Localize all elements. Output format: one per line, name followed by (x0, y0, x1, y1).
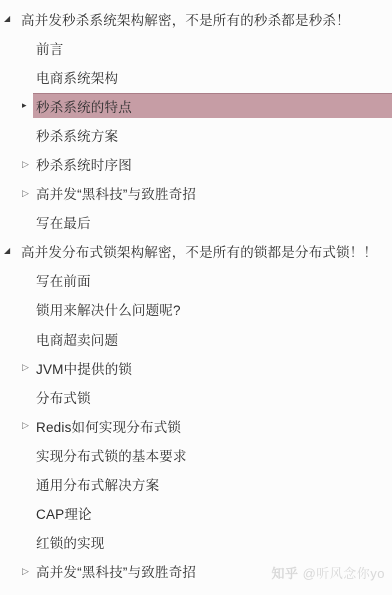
outline-item-label: 电商系统架构 (36, 67, 118, 87)
bookmarks-panel: ◢高并发秒杀系统架构解密，不是所有的秒杀都是秒杀！前言电商系统架构▸秒杀系统的特… (0, 0, 392, 595)
outline-item[interactable]: 写在前面 (0, 266, 392, 295)
outline-item-body: Redis如何实现分布式锁 (33, 413, 392, 438)
outline-item-label: 锁用来解决什么问题呢? (36, 299, 181, 319)
outline-item-label: 高并发分布式锁架构解密，不是所有的锁都是分布式锁！！ (21, 241, 377, 261)
outline-item[interactable]: ▸秒杀系统的特点 (0, 91, 392, 120)
outline-item[interactable]: ◢高并发分布式锁架构解密，不是所有的锁都是分布式锁！！ (0, 237, 392, 266)
watermark-brand: 知乎 (272, 566, 299, 581)
outline-item-label: 实现分布式锁的基本要求 (36, 445, 187, 465)
outline-item-label: 写在最后 (36, 212, 91, 232)
outline-item-label: 高并发“黑科技”与致胜奇招 (36, 561, 196, 581)
outline-item-body: 高并发秒杀系统架构解密，不是所有的秒杀都是秒杀！ (18, 6, 392, 31)
outline-item-label: 秒杀系统的特点 (36, 96, 132, 116)
outline-item-label: 写在前面 (36, 270, 91, 290)
outline-item[interactable]: ▷JVM中提供的锁 (0, 353, 392, 382)
expand-icon[interactable]: ▷ (22, 363, 33, 372)
outline-item-label: 高并发“黑科技”与致胜奇招 (36, 183, 196, 203)
outline-item-label: 分布式锁 (36, 387, 91, 407)
expand-icon[interactable]: ▷ (22, 160, 33, 169)
outline-item-body: 写在前面 (33, 268, 392, 293)
outline-item-highlight: 秒杀系统的特点 (33, 93, 392, 118)
outline-item-label: 秒杀系统方案 (36, 125, 118, 145)
outline-item[interactable]: CAP理论 (0, 499, 392, 528)
outline-item-label: JVM中提供的锁 (36, 358, 132, 378)
collapse-icon[interactable]: ◢ (4, 247, 18, 255)
outline-item[interactable]: 分布式锁 (0, 382, 392, 411)
outline-item-label: 通用分布式解决方案 (36, 474, 159, 494)
outline-item-body: 锁用来解决什么问题呢? (33, 297, 392, 322)
outline-item[interactable]: 电商超卖问题 (0, 324, 392, 353)
expand-icon[interactable]: ▷ (22, 567, 33, 576)
outline-item-body: 红锁的实现 (33, 530, 392, 555)
outline-item-label: 电商超卖问题 (36, 329, 118, 349)
watermark: 知乎@听风念你yo (272, 563, 385, 582)
outline-item[interactable]: ▷秒杀系统时序图 (0, 149, 392, 178)
outline-tree: ◢高并发秒杀系统架构解密，不是所有的秒杀都是秒杀！前言电商系统架构▸秒杀系统的特… (0, 0, 392, 586)
outline-item[interactable]: 通用分布式解决方案 (0, 470, 392, 499)
outline-item-label: 高并发秒杀系统架构解密，不是所有的秒杀都是秒杀！ (21, 9, 350, 29)
outline-item-body: 秒杀系统时序图 (33, 152, 392, 177)
outline-item-body: CAP理论 (33, 501, 392, 526)
outline-item[interactable]: ▷Redis如何实现分布式锁 (0, 411, 392, 440)
outline-item-body: 电商系统架构 (33, 64, 392, 89)
outline-item-label: Redis如何实现分布式锁 (36, 416, 181, 436)
outline-item-body: JVM中提供的锁 (33, 355, 392, 380)
outline-item-body: 高并发分布式锁架构解密，不是所有的锁都是分布式锁！！ (18, 239, 392, 264)
expand-icon[interactable]: ▸ (22, 101, 33, 110)
collapse-icon[interactable]: ◢ (4, 15, 18, 23)
watermark-handle: @听风念你yo (303, 566, 385, 581)
outline-item[interactable]: 电商系统架构 (0, 62, 392, 91)
outline-item-body: 秒杀系统方案 (33, 122, 392, 147)
outline-item-body: 通用分布式解决方案 (33, 472, 392, 497)
outline-item-label: 秒杀系统时序图 (36, 154, 132, 174)
outline-item[interactable]: 写在最后 (0, 208, 392, 237)
outline-item-body: 前言 (33, 35, 392, 60)
outline-item[interactable]: 锁用来解决什么问题呢? (0, 295, 392, 324)
outline-item-body: 实现分布式锁的基本要求 (33, 442, 392, 467)
outline-item[interactable]: 前言 (0, 33, 392, 62)
outline-item[interactable]: 实现分布式锁的基本要求 (0, 440, 392, 469)
outline-item[interactable]: 秒杀系统方案 (0, 120, 392, 149)
outline-item-label: 前言 (36, 38, 63, 58)
outline-item[interactable]: ▷高并发“黑科技”与致胜奇招 (0, 179, 392, 208)
outline-item-body: 高并发“黑科技”与致胜奇招 (33, 181, 392, 206)
outline-item-label: 红锁的实现 (36, 532, 105, 552)
outline-item-body: 分布式锁 (33, 384, 392, 409)
expand-icon[interactable]: ▷ (22, 189, 33, 198)
outline-item-body: 电商超卖问题 (33, 326, 392, 351)
outline-item[interactable]: ◢高并发秒杀系统架构解密，不是所有的秒杀都是秒杀！ (0, 4, 392, 33)
expand-icon[interactable]: ▷ (22, 421, 33, 430)
outline-item-label: CAP理论 (36, 503, 92, 523)
outline-item-body: 写在最后 (33, 210, 392, 235)
outline-item[interactable]: 红锁的实现 (0, 528, 392, 557)
